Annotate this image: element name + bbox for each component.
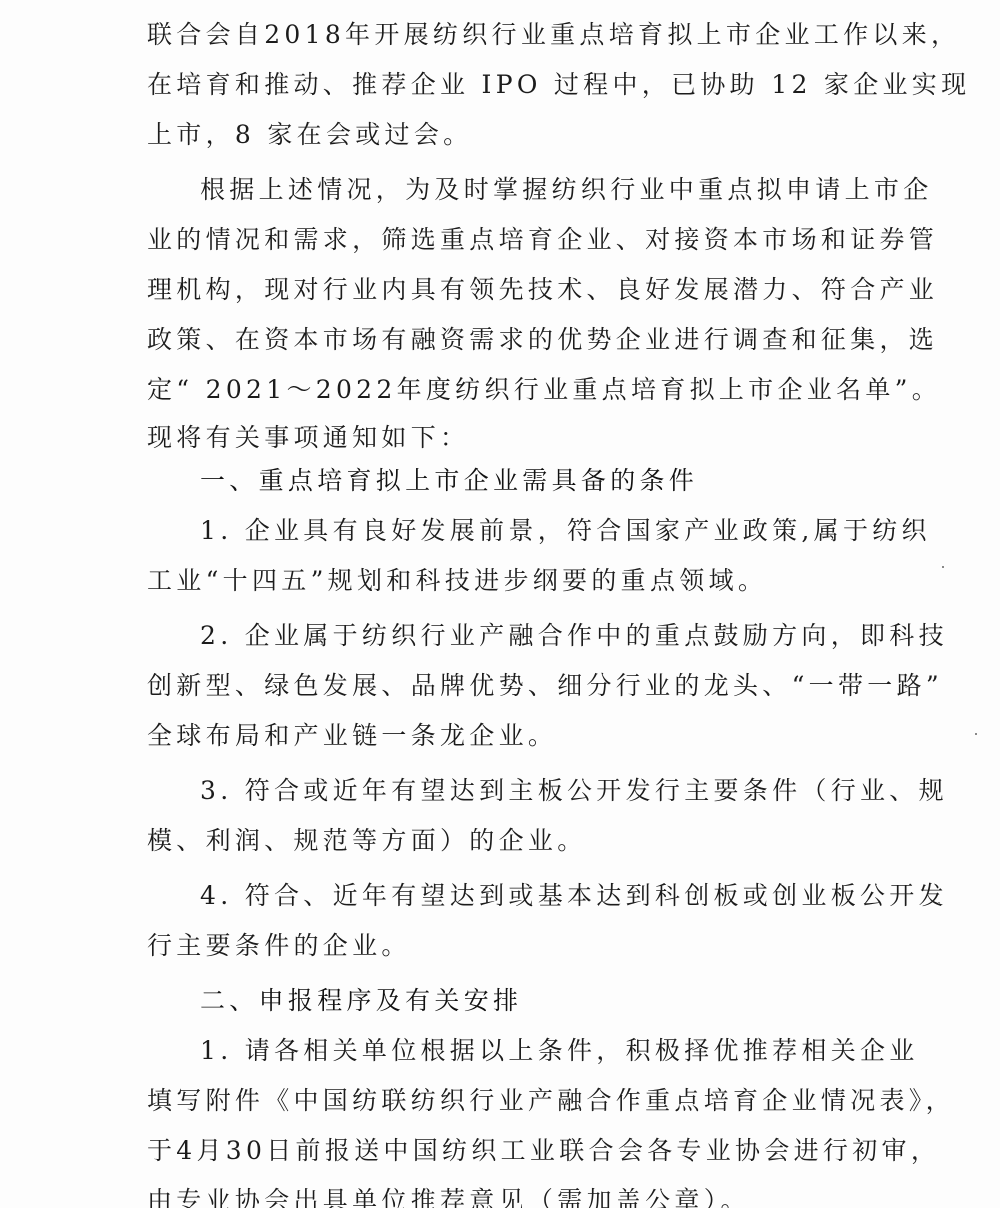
- paragraph-line: 定“ 2021～2022年度纺织行业重点培育拟上市企业名单”。: [147, 375, 941, 405]
- requirement-item: 行主要条件的企业。: [147, 931, 411, 961]
- paragraph-line: 政策、在资本市场有融资需求的优势企业进行调查和征集，选: [147, 325, 938, 355]
- procedure-item: 1. 请各相关单位根据以上条件，积极择优推荐相关企业: [200, 1036, 919, 1066]
- document-page: 联合会自2018年开展纺织行业重点培育拟上市企业工作以来， 在培育和推动、推荐企…: [0, 0, 1000, 1208]
- paragraph-line: 现将有关事项通知如下：: [147, 423, 469, 453]
- paragraph-line: 理机构，现对行业内具有领先技术、良好发展潜力、符合产业: [147, 275, 938, 305]
- requirement-item: 1. 企业具有良好发展前景，符合国家产业政策,属于纺织: [200, 516, 931, 546]
- scan-speck: [975, 733, 977, 735]
- requirement-item: 2. 企业属于纺织行业产融合作中的重点鼓励方向，即科技: [200, 621, 948, 651]
- section-heading-procedure: 二、申报程序及有关安排: [200, 986, 522, 1016]
- paragraph-line: 上市，8 家在会或过会。: [147, 120, 472, 150]
- section-heading-requirements: 一、重点培育拟上市企业需具备的条件: [200, 466, 698, 496]
- scan-speck: [942, 566, 944, 568]
- requirement-item: 4. 符合、近年有望达到或基本达到科创板或创业板公开发: [200, 881, 948, 911]
- requirement-item: 3. 符合或近年有望达到主板公开发行主要条件（行业、规: [200, 776, 948, 806]
- requirement-item: 创新型、绿色发展、品牌优势、细分行业的龙头、“一带一路”: [147, 671, 943, 701]
- paragraph-line: 联合会自2018年开展纺织行业重点培育拟上市企业工作以来，: [147, 20, 960, 50]
- paragraph-line: 根据上述情况，为及时掌握纺织行业中重点拟申请上市企: [200, 175, 933, 205]
- requirement-item: 全球布局和产业链一条龙企业。: [147, 721, 557, 751]
- procedure-item: 于4月30日前报送中国纺织工业联合会各专业协会进行初审，: [147, 1136, 940, 1166]
- requirement-item: 工业“十四五”规划和科技进步纲要的重点领域。: [147, 566, 767, 596]
- procedure-item: 由专业协会出具单位推荐意见（需加盖公章）。: [147, 1186, 750, 1208]
- requirement-item: 模、利润、规范等方面）的企业。: [147, 826, 587, 856]
- procedure-item: 填写附件《中国纺联纺织行业产融合作重点培育企业情况表》，: [147, 1086, 955, 1116]
- paragraph-line: 在培育和推动、推荐企业 IPO 过程中，已协助 12 家企业实现: [147, 70, 970, 100]
- paragraph-line: 业的情况和需求，筛选重点培育企业、对接资本市场和证券管: [147, 225, 938, 255]
- scan-speck: [938, 902, 940, 904]
